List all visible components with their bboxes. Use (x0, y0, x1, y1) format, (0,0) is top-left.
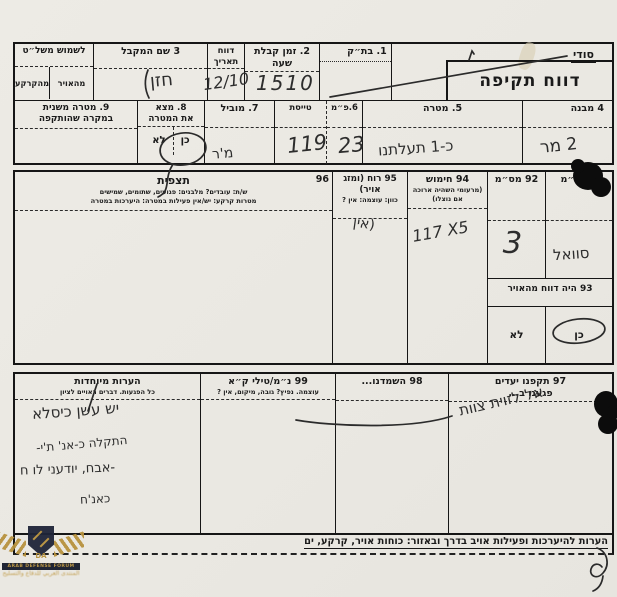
field-leader: 7. מוביל (205, 101, 275, 164)
field-date-label-2: תאריך (208, 57, 244, 70)
watermark-title: ARAB DEFENSE FORUM (2, 563, 80, 570)
section-97: 97 תקפנו יעדים פגענו ב... (449, 374, 612, 533)
observation-block: 91 מ״מ 92 מס״מ 93 היה דווח מהאויר כן לא … (13, 170, 614, 365)
field-time-label-1: 2. זמן קבלת (245, 44, 319, 58)
scanned-attack-report-form: סודי דווח תקיפה 1. בת״ק 2. זמן קבלת שעה … (0, 0, 617, 597)
section-92: 92 מס״מ (488, 172, 546, 278)
section-92-label: 92 מס״מ (488, 172, 545, 186)
title-cell: סודי דווח תקיפה (392, 44, 612, 100)
field-formation-label: 4 מבנה (523, 101, 612, 127)
field-pm-squadron: 6.פ״מ טייסת (275, 101, 363, 164)
field-squadron: טייסת (275, 101, 326, 164)
field-report-date: דווח תאריך (208, 44, 245, 100)
watermark-arabic-title: المنتدى العربي للدفاع والتسليح (2, 570, 80, 577)
results-block: 97 תקפנו יעדים פגענו ב... 98 השמדנו... 9… (13, 372, 614, 535)
footer-remarks-line: הערות להיערכות ופעילות אויב בדרך ובאזור:… (304, 536, 608, 549)
section-94: 94 חימוש (מרעומי השהיה ארוכה אם נוצלו) (408, 172, 488, 363)
field-receive-time: 2. זמן קבלת שעה (245, 44, 320, 100)
special-notes-sub: כל הפגעות. דברים ראויים לציון (15, 388, 200, 397)
forum-watermark: DA ARAB DEFENSE FORUM المنتدى العربي للد… (0, 526, 104, 577)
section-98: 98 השמדנו... (336, 374, 449, 533)
field-secondary-label-1: 9. מטרה משנית (15, 101, 137, 114)
field-recipient-name: 3 שם המקבל (94, 44, 208, 100)
special-notes-label: הערות מיוחדות (15, 374, 200, 388)
found-yes-option: כן (174, 135, 197, 146)
air-report-no-option: לא (488, 307, 546, 363)
section-96-sub-2: מטרות קרקע: יש/אין פעילות במטרה: היערכות… (15, 197, 332, 206)
field-found-label-2: את המטרה (138, 114, 204, 127)
section-94-label: 94 חימוש (408, 172, 487, 186)
watermark-initials: DA (0, 552, 88, 560)
section-98-label: 98 השמדנו... (336, 374, 448, 400)
field-found-label-1: 8. מצא (138, 101, 204, 114)
section-95-sub: כוון: עוצמה: אין ? (333, 196, 407, 205)
section-96-sub-1: ש/ת: עובדים? מלבנים: פגועים, שתומים, שמי… (15, 188, 332, 197)
field-formation: 4 מבנה (523, 101, 612, 164)
option-from-ground: מהקרקע (15, 67, 49, 99)
field-secondary-target: 9. מטרה משנית במקרה שהותקפה (15, 101, 138, 164)
field-target-label: 5. מטרה (363, 101, 522, 127)
header-block: סודי דווח תקיפה 1. בת״ק 2. זמן קבלת שעה … (13, 42, 614, 165)
section-99-label: 99 נ״מ/טילי ק״א (201, 374, 335, 388)
field-found-target: 8. מצא את המטרה כן לא (138, 101, 205, 164)
field-recipient-label: 3 שם המקבל (94, 44, 207, 68)
section-93-label: 93 היה דווח מהאויר (488, 279, 612, 307)
report-title-box: דווח תקיפה (446, 60, 612, 100)
section-99: 99 נ״מ/טילי ק״א עוצמה. נפיץ? גובה, מיקום… (201, 374, 336, 533)
field-target: 5. מטרה (363, 101, 523, 164)
field-date-label-1: דווח (208, 44, 244, 57)
field-time-label-2: שעה (245, 58, 319, 72)
field-shalat-use: לשמוש משל״ט מהאויר מהקרקע (15, 44, 94, 100)
option-from-air: מהאויר (49, 67, 93, 99)
section-99-sub: עוצמה. נפיץ? גובה, מיקום, אין ? (201, 388, 335, 397)
section-91: 91 מ״מ (546, 172, 612, 278)
section-95-label: 95 רוח (ומזג אויר) (333, 172, 407, 196)
section-96: 96 תצפית ש/ת: עובדים? מלבנים: פגועים, שת… (15, 172, 333, 363)
section-94-sub-1: (מרעומי השהיה ארוכה (408, 186, 487, 195)
found-no-option: לא (145, 135, 172, 146)
section-94-sub-2: אם נוצלו) (408, 195, 487, 204)
field-squadron-label: טייסת (275, 101, 326, 127)
field-pm: 6.פ״מ (326, 101, 362, 164)
field-shalat-label: לשמוש משל״ט (15, 44, 93, 67)
air-report-yes-option: כן (546, 307, 612, 363)
section-96-number: 96 (316, 174, 329, 185)
field-leader-label: 7. מוביל (205, 101, 274, 127)
field-batak: 1. בת״ק (320, 44, 391, 100)
field-batak-label: 1. בת״ק (320, 44, 390, 58)
section-97-label-1: 97 תקפנו יעדים (449, 374, 612, 388)
section-special-notes: הערות מיוחדות כל הפגעות. דברים ראויים לצ… (15, 374, 201, 533)
field-pm-label: 6.פ״מ (327, 101, 362, 127)
section-91-93-region: 91 מ״מ 92 מס״מ 93 היה דווח מהאויר כן לא (488, 172, 612, 363)
report-title: דווח תקיפה (479, 71, 580, 91)
section-97-label-2: פגענו ב... (449, 388, 612, 400)
section-91-label: 91 מ״מ (546, 172, 612, 186)
section-96-title: תצפית (15, 172, 332, 188)
field-secondary-label-2: במקרה שהותקפה (15, 114, 137, 128)
watermark-emblem: DA (0, 526, 104, 560)
section-95: 95 רוח (ומזג אויר) כוון: עוצמה: אין ? (333, 172, 408, 363)
